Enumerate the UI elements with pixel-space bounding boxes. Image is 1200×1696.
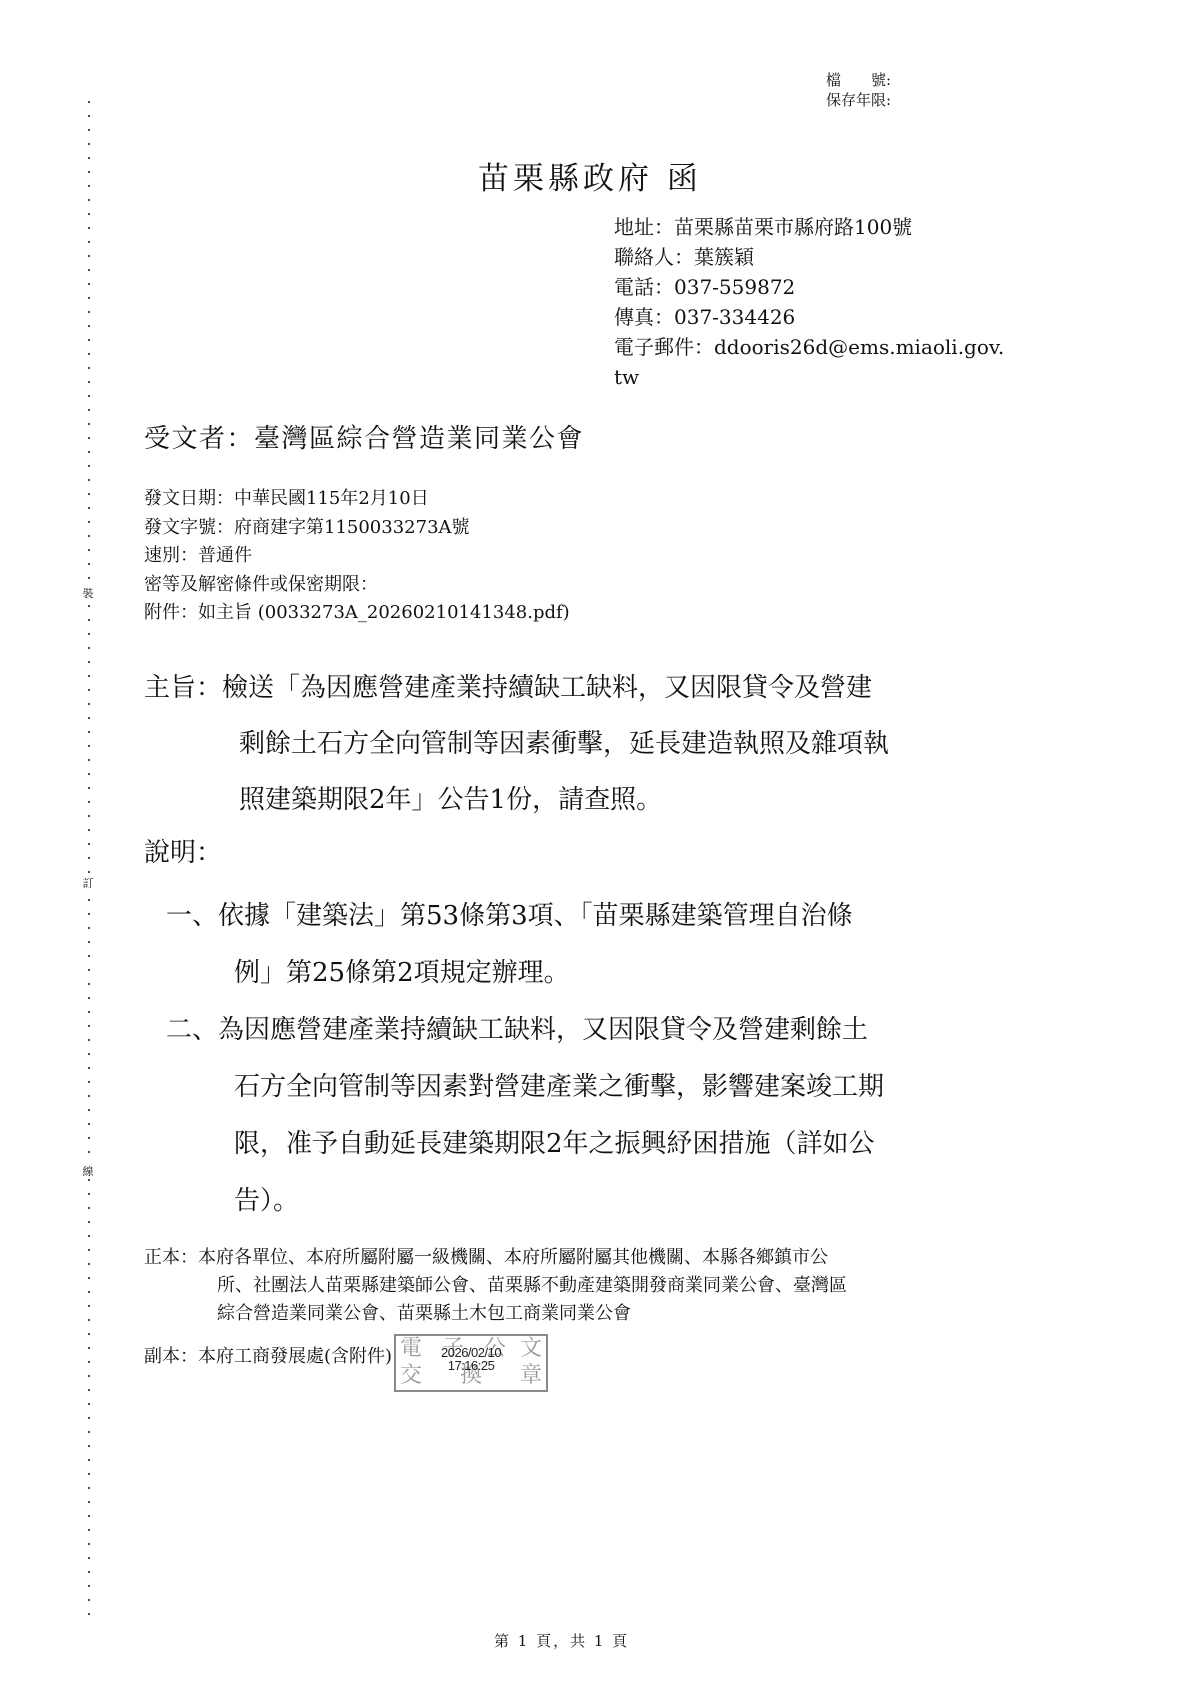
description-item-1: 一、依據「建築法」第53條第3項、「苗栗縣建築管理自治條 例」第25條第2項規定…	[166, 888, 884, 1002]
contact-block: 地址：苗栗縣苗栗市縣府路100號 聯絡人：葉簇穎 電話：037-559872 傳…	[614, 212, 1004, 392]
description-items: 一、依據「建築法」第53條第3項、「苗栗縣建築管理自治條 例」第25條第2項規定…	[166, 888, 884, 1230]
delivery-speed: 速別：普通件	[144, 542, 570, 571]
recipient: 受文者：臺灣區綜合營造業同業公會	[144, 418, 584, 455]
page-number: 第 1 頁，共 1 頁	[494, 1630, 629, 1651]
original-recipients-line: 綜合營造業同業公會、苗栗縣土木包工商業同業公會	[144, 1300, 847, 1328]
binding-mark-staple: 訂	[80, 877, 96, 891]
copy-recipients-text: 副本：本府工商發展處(含附件)	[144, 1346, 392, 1367]
issue-date: 發文日期：中華民國115年2月10日	[144, 485, 570, 514]
attachment: 附件：如主旨 (0033273A_20260210141348.pdf)	[144, 599, 570, 628]
binding-mark-line: 線	[80, 1165, 96, 1179]
subject-line: 照建築期限2年」公告1份，請查照。	[144, 772, 889, 828]
subject-line: 剩餘土石方全向管制等因素衝擊，延長建造執照及雜項執	[144, 716, 889, 772]
address: 地址：苗栗縣苗栗市縣府路100號	[614, 212, 1004, 242]
document-number: 發文字號：府商建字第1150033273A號	[144, 514, 570, 543]
description-line: 例」第25條第2項規定辦理。	[166, 945, 884, 1002]
document-meta: 發文日期：中華民國115年2月10日 發文字號：府商建字第1150033273A…	[144, 485, 570, 628]
original-recipients-line: 正本：本府各單位、本府所屬附屬一級機關、本府所屬附屬其他機關、本縣各鄉鎮市公	[144, 1244, 847, 1272]
stamp-timestamp: 2026/02/10 17:16:25	[429, 1346, 513, 1372]
fax: 傳真：037-334426	[614, 302, 1004, 332]
description-item-2: 二、為因應營建產業持續缺工缺料，又因限貸令及營建剩餘土 石方全向管制等因素對營建…	[166, 1002, 884, 1230]
e-document-exchange-stamp: 電 子 公 文 交 換 章 2026/02/10 17:16:25	[394, 1334, 548, 1392]
stamp-time: 17:16:25	[448, 1358, 495, 1373]
description-line: 限，准予自動延長建築期限2年之振興紓困措施（詳如公	[166, 1116, 884, 1173]
classification: 密等及解密條件或保密期限：	[144, 571, 570, 600]
stamp-char: 文	[520, 1338, 542, 1360]
contact-person: 聯絡人：葉簇穎	[614, 242, 1004, 272]
document-title: 苗栗縣政府 函	[478, 153, 702, 198]
copy-recipients: 副本：本府工商發展處(含附件) 電 子 公 文 交 換 章 2026/02/10…	[144, 1328, 847, 1386]
subject-line: 主旨：檢送「為因應營建產業持續缺工缺料，又因限貸令及營建	[144, 660, 889, 716]
file-number-label: 檔 號:	[826, 70, 891, 90]
binding-line: 裝 訂 線	[86, 95, 92, 1615]
binding-mark-bind: 裝	[80, 587, 96, 601]
stamp-char: 交	[400, 1365, 422, 1387]
distribution: 正本：本府各單位、本府所屬附屬一級機關、本府所屬附屬其他機關、本縣各鄉鎮市公 所…	[144, 1244, 847, 1386]
email-line-2: tw	[614, 362, 1004, 392]
subject: 主旨：檢送「為因應營建產業持續缺工缺料，又因限貸令及營建 剩餘土石方全向管制等因…	[144, 660, 889, 828]
email-line-1: 電子郵件：ddooris26d@ems.miaoli.gov.	[614, 332, 1004, 362]
binding-dots	[88, 95, 90, 1615]
description-line: 一、依據「建築法」第53條第3項、「苗栗縣建築管理自治條	[166, 888, 884, 945]
description-line: 二、為因應營建產業持續缺工缺料，又因限貸令及營建剩餘土	[166, 1002, 884, 1059]
description-line: 告）。	[166, 1173, 884, 1230]
stamp-char: 電	[400, 1338, 422, 1360]
stamp-char: 章	[520, 1365, 542, 1387]
retention-period-label: 保存年限:	[826, 90, 891, 110]
original-recipients-line: 所、社團法人苗栗縣建築師公會、苗栗縣不動產建築開發商業同業公會、臺灣區	[144, 1272, 847, 1300]
description-line: 石方全向管制等因素對營建產業之衝擊，影響建案竣工期	[166, 1059, 884, 1116]
description-label: 說明：	[144, 832, 222, 869]
phone: 電話：037-559872	[614, 272, 1004, 302]
file-meta: 檔 號: 保存年限:	[826, 70, 891, 110]
